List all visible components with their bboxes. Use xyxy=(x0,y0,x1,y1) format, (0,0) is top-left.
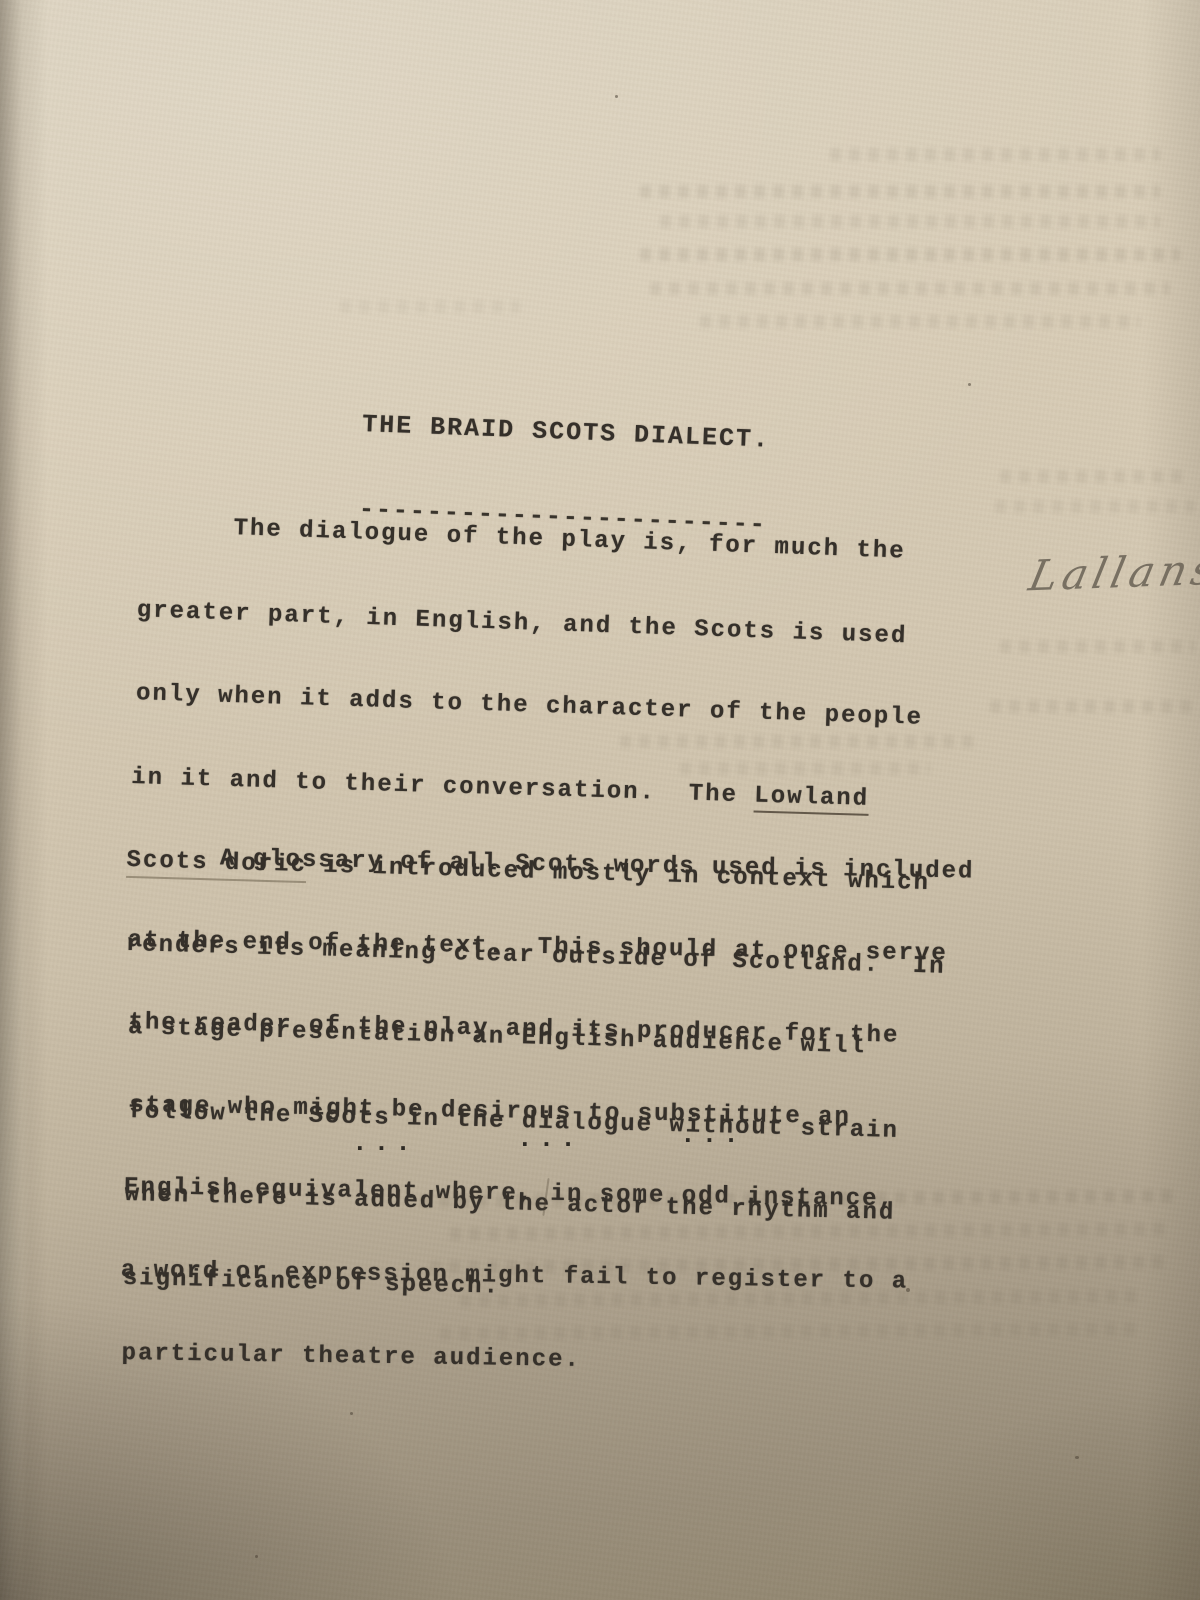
bleedthrough-line xyxy=(640,248,1180,261)
bleedthrough-line xyxy=(640,185,1160,198)
paper-speck xyxy=(255,1555,258,1558)
bleedthrough-line xyxy=(340,300,520,313)
page-title: THE BRAID SCOTS DIALECT. xyxy=(362,410,771,456)
bleedthrough-line xyxy=(1000,640,1195,653)
typescript-line: the reader of the play and its producer … xyxy=(128,1009,972,1052)
handwritten-annotation: Lallans xyxy=(1025,545,1200,601)
paragraph-2: A glossary of all Scots words used is in… xyxy=(117,790,976,1435)
bleedthrough-line xyxy=(700,315,1140,328)
typescript-line: greater part, in English, and the Scots … xyxy=(136,596,953,653)
paper-speck xyxy=(968,383,971,386)
separator-dots-group: ... xyxy=(680,1120,745,1150)
typescript-line: particular theatre audience. xyxy=(121,1340,967,1381)
separator-dots-group: ... xyxy=(517,1124,582,1154)
paper-speck xyxy=(615,95,618,98)
bleedthrough-line xyxy=(990,700,1195,713)
manuscript-page-photo: THE BRAID SCOTS DIALECT. ---------------… xyxy=(0,0,1200,1600)
typescript-line: only when it adds to the character of th… xyxy=(136,679,952,734)
typescript-line: A glossary of all Scots words used is in… xyxy=(220,845,975,887)
bleedthrough-line xyxy=(660,215,1160,228)
paper-speck xyxy=(1075,1456,1079,1459)
typescript-line: The dialogue of the play is, for much th… xyxy=(233,514,955,569)
typescript-line: a word or expression might fail to regis… xyxy=(121,1257,969,1298)
bleedthrough-line xyxy=(995,500,1195,513)
typescript-line: at the end of the text. This should at o… xyxy=(128,927,974,970)
separator-dots-group: ... xyxy=(352,1128,417,1158)
bleedthrough-line xyxy=(650,282,1170,295)
paper-speck xyxy=(906,1288,910,1292)
bleedthrough-line xyxy=(1000,470,1190,483)
bleedthrough-line xyxy=(830,148,1160,161)
paper-speck xyxy=(350,1412,353,1415)
